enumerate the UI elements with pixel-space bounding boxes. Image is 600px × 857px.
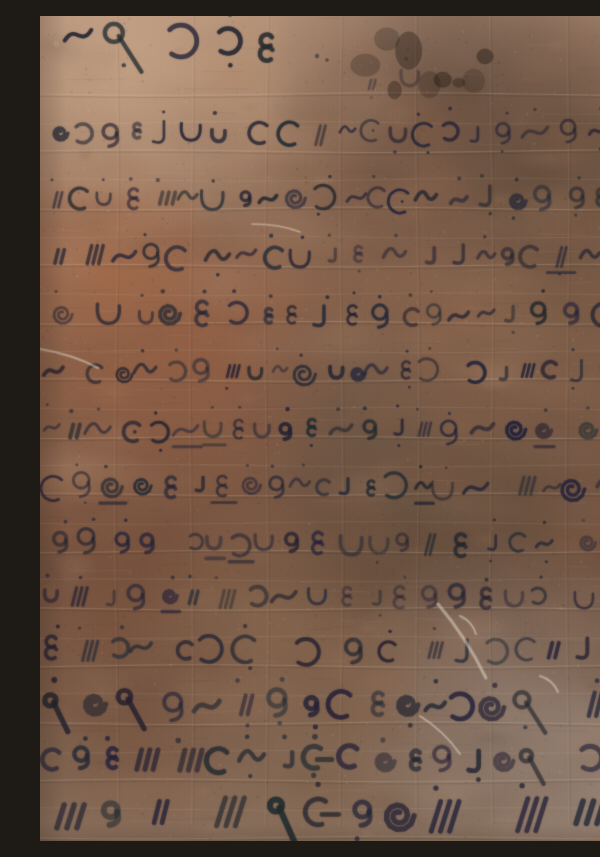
manuscript-photo: Photograph of an aged manuscript page co… bbox=[40, 16, 600, 841]
manuscript-render-canvas bbox=[40, 16, 600, 841]
